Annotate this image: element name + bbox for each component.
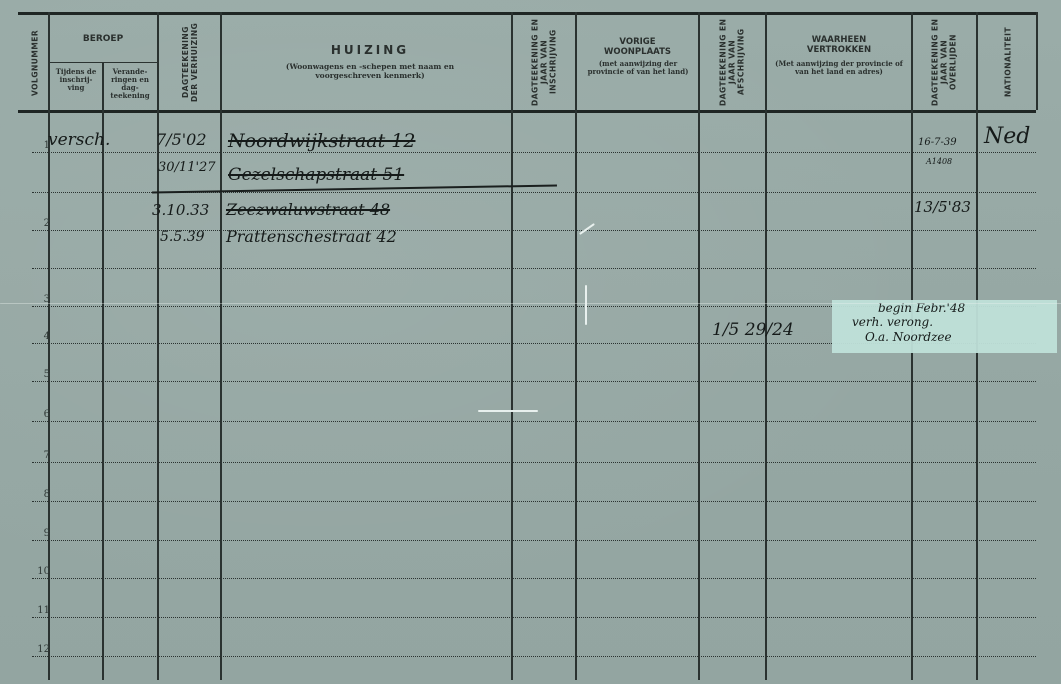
col-line (48, 12, 50, 680)
row-line-2b (32, 268, 1036, 269)
address-entry-3: Zeezwaluwstraat 48 (226, 200, 390, 219)
col-line (511, 12, 513, 680)
header-beroep: BEROEP (50, 34, 156, 44)
row-number: 2 (28, 218, 50, 229)
row-line-9 (32, 540, 1036, 541)
row-line-6 (32, 421, 1036, 422)
header-vorige-woonplaats: VORIGE WOONPLAATS (590, 38, 685, 58)
scan-scratch (478, 410, 538, 412)
col-line (1036, 12, 1038, 110)
date-entry-4: 5.5.39 (160, 229, 205, 245)
col-line (575, 12, 577, 680)
note-line-2: verh. verong. (852, 315, 933, 329)
afschrijving-entry: 1/5 29/24 (712, 320, 794, 340)
date-entry-1: 7/5'02 (156, 130, 207, 149)
col-line (102, 62, 104, 680)
row-number: 1 (28, 140, 50, 151)
row-line-7 (32, 462, 1036, 463)
row-number: 10 (28, 566, 50, 577)
date-entry-2: 30/11'27 (158, 160, 216, 175)
register-card: VOLGNUMMER BEROEP Tijdens de inschrij- v… (0, 0, 1061, 684)
header-vorige-woonplaats-subtitle: (met aanwijzing der provincie of van het… (582, 60, 694, 76)
col-line (157, 12, 159, 680)
row-line-11 (32, 617, 1036, 618)
beroep-entry: versch. (48, 130, 110, 150)
header-beroep-veranderingen: Verande- ringen en dag- teekening (104, 68, 156, 100)
header-huizing: HUIZING (240, 44, 500, 58)
row-line-5 (32, 381, 1036, 382)
header-dagteekening-verhuizing: DAGTEEKENING DER VERHUIZING (162, 16, 218, 108)
address-entry-4: Prattenschestraat 42 (226, 227, 397, 246)
overlijden-entry-2: 13/5'83 (914, 198, 971, 216)
col-line (220, 12, 222, 680)
scan-scratch (585, 285, 587, 325)
row-number: 7 (28, 450, 50, 461)
overlijden-entry-1-sub: A1408 (926, 157, 952, 166)
header-huizing-subtitle: (Woonwagens en -schepen met naam en voor… (255, 63, 485, 80)
header-volgnummer: VOLGNUMMER (22, 18, 48, 108)
row-number: 4 (28, 331, 50, 342)
col-line (765, 12, 767, 680)
header-dagteekening-afschrijving: DAGTEEKENING EN JAAR VAN AFSCHRIJVING (701, 16, 763, 108)
note-line-3: O.a. Noordzee (865, 330, 952, 344)
scan-scratch (0, 303, 1061, 304)
date-entry-3: 3.10.33 (152, 201, 209, 219)
row-line-8 (32, 501, 1036, 502)
row-line-1 (32, 152, 1036, 153)
header-top-rule (18, 12, 1036, 15)
row-number: 5 (28, 369, 50, 380)
header-dagteekening-overlijden: DAGTEEKENING EN JAAR VAN OVERLIJDEN (914, 16, 974, 108)
row-line-12 (32, 656, 1036, 657)
header-nationaliteit: NATIONALITEIT (990, 16, 1026, 108)
nationaliteit-entry: Ned (984, 124, 1030, 149)
col-line (698, 12, 700, 680)
row-number: 6 (28, 409, 50, 420)
header-beroep-tijdens: Tijdens de inschrij- ving (52, 68, 100, 92)
scan-scratch (579, 223, 595, 235)
row-number: 12 (28, 644, 50, 655)
address-entry-1: Noordwijkstraat 12 (228, 130, 415, 152)
overlijden-entry-1: 16-7-39 (918, 137, 957, 148)
header-dagteekening-inschrijving: DAGTEEKENING EN JAAR VAN INSCHRIJVING (514, 16, 574, 108)
address-entry-2: Gezelschapstraat 51 (228, 165, 404, 185)
header-bottom-rule (18, 110, 1036, 113)
header-waarheen-vertrokken: WAARHEEN VERTROKKEN (780, 36, 898, 56)
row-number: 8 (28, 489, 50, 500)
row-number: 11 (28, 605, 50, 616)
header-waarheen-subtitle: (Met aanwijzing der provincie of van het… (768, 60, 910, 76)
row-line-10 (32, 578, 1036, 579)
row-number: 9 (28, 528, 50, 539)
beroep-divider (48, 62, 158, 63)
